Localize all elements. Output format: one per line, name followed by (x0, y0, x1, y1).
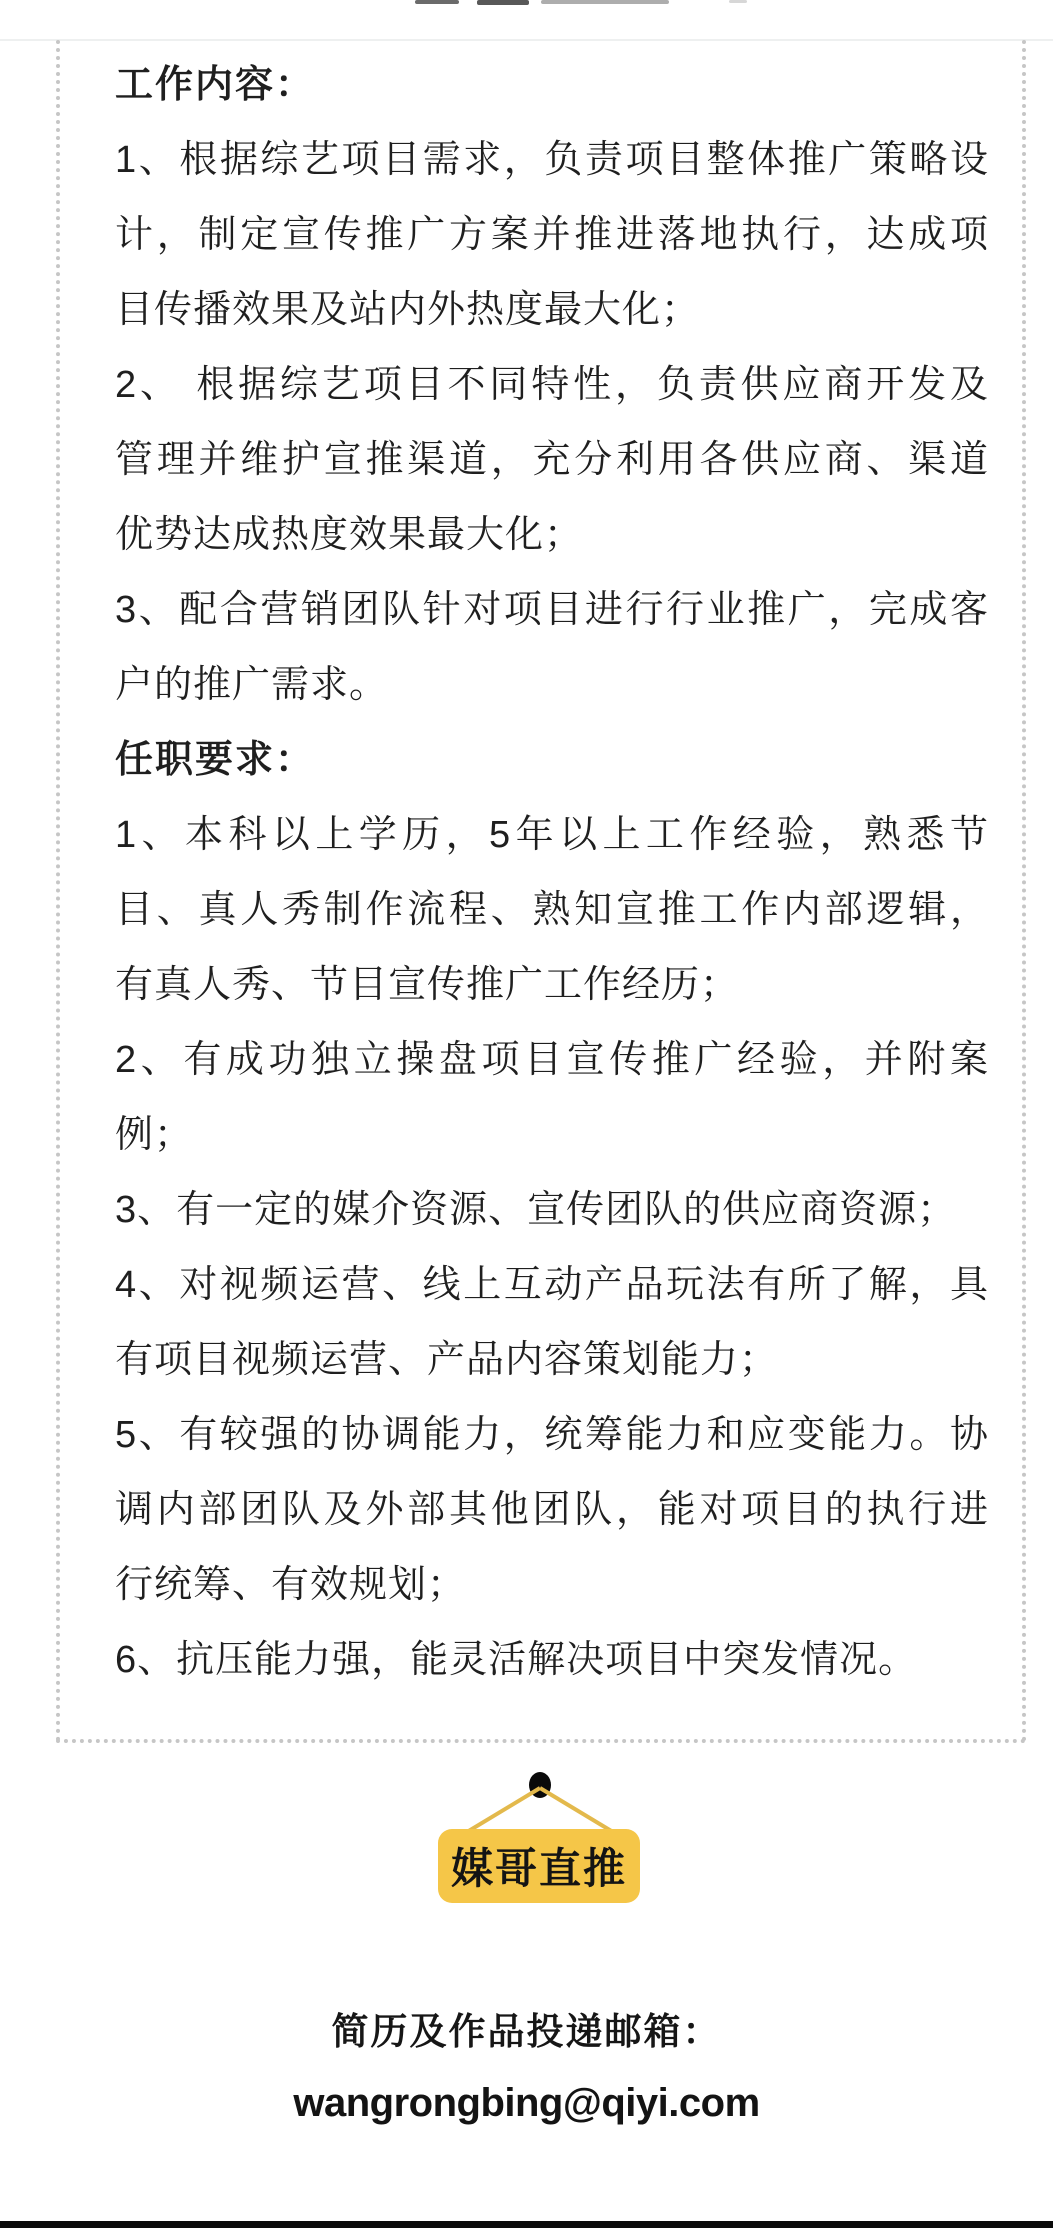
detail-line: 目传播效果及站内外热度最大化； (115, 273, 989, 348)
contact-block: 简历及作品投递邮箱： wangrongbing@qiyi.com (0, 2008, 1053, 2128)
detail-line: 3、配合营销团队针对项目进行行业推广，完成客 (115, 573, 989, 648)
detail-line: 5、有较强的协调能力，统筹能力和应变能力。协 (115, 1398, 989, 1473)
detail-line: 1、本科以上学历，5年以上工作经验，熟悉节 (115, 798, 989, 873)
detail-line: 目、真人秀制作流程、熟知宣推工作内部逻辑， (115, 873, 989, 948)
detail-line: 行统筹、有效规划； (115, 1548, 989, 1623)
badge-board: 媒哥直推 (438, 1829, 640, 1903)
contact-email: wangrongbing@qiyi.com (0, 2078, 1053, 2128)
detail-line: 6、抗压能力强，能灵活解决项目中突发情况。 (115, 1623, 989, 1698)
detail-line: 有真人秀、节目宣传推广工作经历； (115, 948, 989, 1023)
cutoff-text-remnant (477, 0, 529, 5)
detail-line: 例； (115, 1098, 989, 1173)
detail-line: 户的推广需求。 (115, 648, 989, 723)
detail-line: 管理并维护宣推渠道，充分利用各供应商、渠道 (115, 423, 989, 498)
cutoff-text-remnant (541, 0, 669, 4)
cutoff-text-remnant (729, 0, 747, 3)
detail-line: 计，制定宣传推广方案并推进落地执行，达成项 (115, 198, 989, 273)
badge-string-left (467, 1788, 540, 1832)
badge-string-right (540, 1788, 613, 1832)
detail-line: 有项目视频运营、产品内容策划能力； (115, 1323, 989, 1398)
detail-line: 3、有一定的媒介资源、宣传团队的供应商资源； (115, 1173, 989, 1248)
bottom-black-bar (0, 2221, 1053, 2228)
detail-line: 优势达成热度效果最大化； (115, 498, 989, 573)
detail-line: 4、对视频运营、线上互动产品玩法有所了解，具 (115, 1248, 989, 1323)
job-description-box: 工作内容：1、根据综艺项目需求，负责项目整体推广策略设计，制定宣传推广方案并推进… (56, 40, 1026, 1743)
section-heading: 任职要求： (115, 723, 989, 798)
article-page: 工作内容：1、根据综艺项目需求，负责项目整体推广策略设计，制定宣传推广方案并推进… (0, 0, 1053, 2228)
detail-line: 1、根据综艺项目需求，负责项目整体推广策略设 (115, 123, 989, 198)
job-details-text: 工作内容：1、根据综艺项目需求，负责项目整体推广策略设计，制定宣传推广方案并推进… (115, 48, 989, 1698)
badge-label: 媒哥直推 (451, 1836, 627, 1896)
cutoff-text-remnant (415, 0, 459, 4)
detail-line: 调内部团队及外部其他团队，能对项目的执行进 (115, 1473, 989, 1548)
section-heading: 工作内容： (115, 48, 989, 123)
contact-heading: 简历及作品投递邮箱： (0, 2008, 1053, 2056)
detail-line: 2、 根据综艺项目不同特性，负责供应商开发及 (115, 348, 989, 423)
detail-line: 2、有成功独立操盘项目宣传推广经验，并附案 (115, 1023, 989, 1098)
